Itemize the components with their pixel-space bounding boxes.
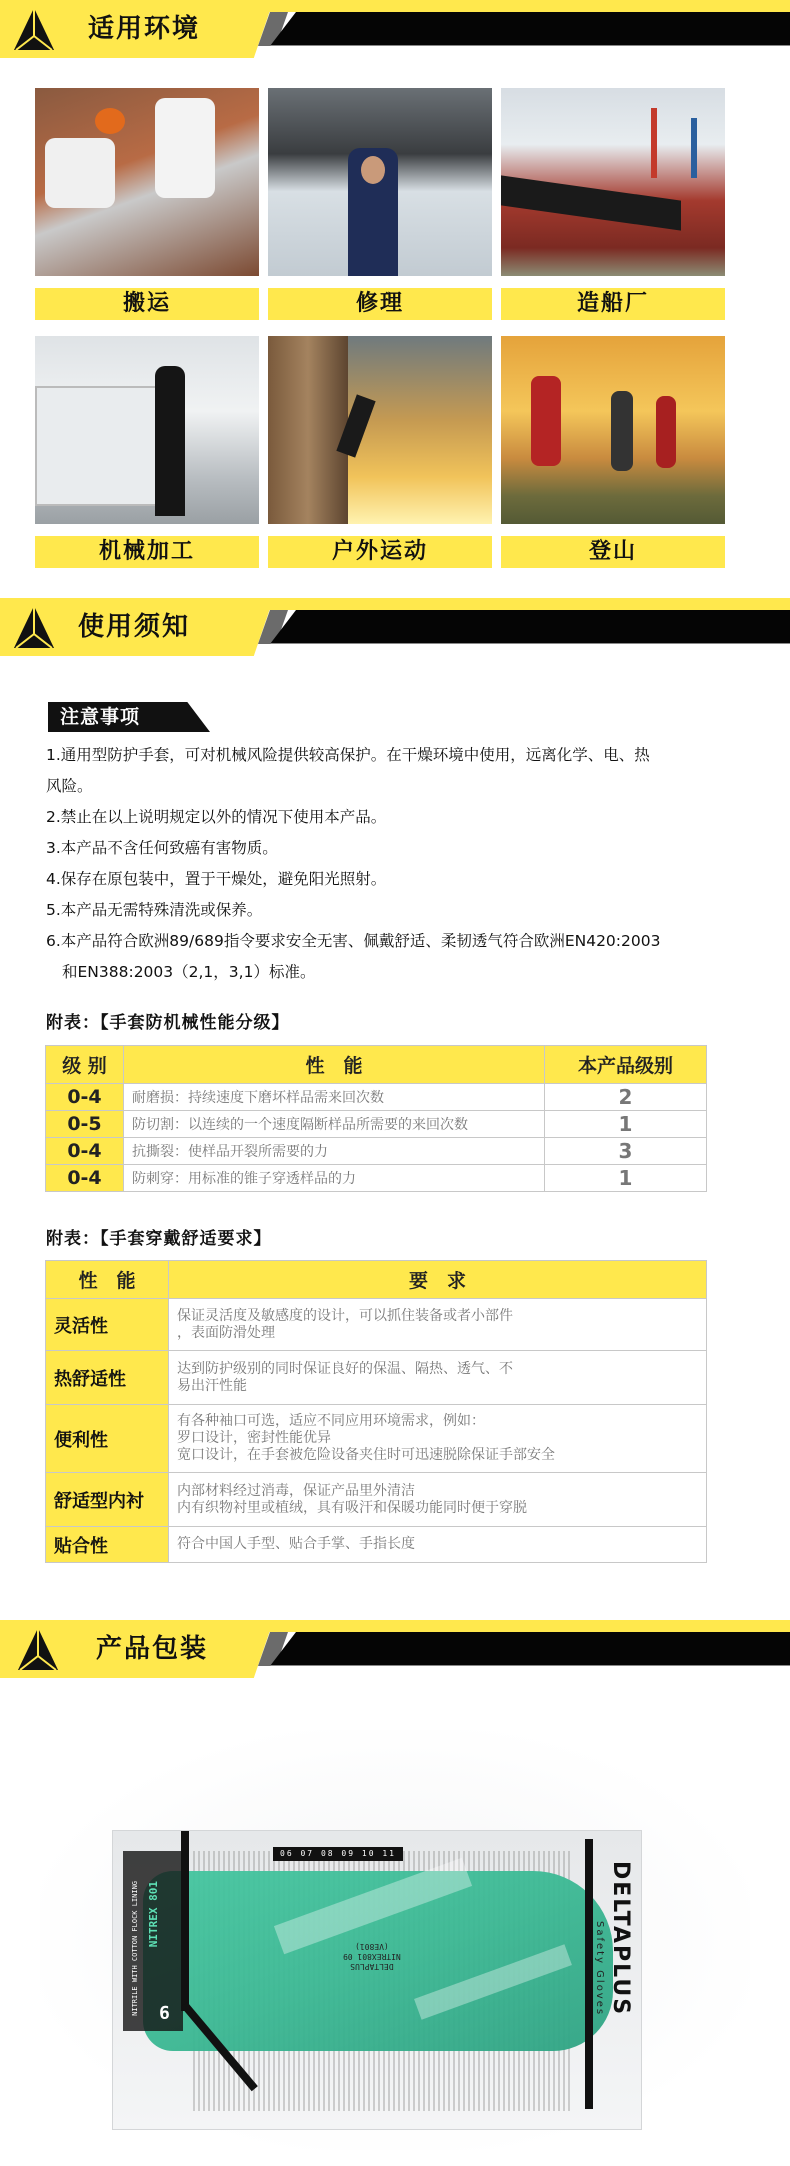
section-header-instructions: 使用须知 bbox=[0, 598, 790, 656]
environment-card-machining: 机械加工 bbox=[35, 336, 259, 568]
photo-rock-climber-sunset bbox=[268, 336, 492, 524]
brand-tagline: Safety Gloves bbox=[594, 1921, 605, 2016]
column-header: 本产品级别 bbox=[545, 1046, 707, 1084]
range-cell: 0-4 bbox=[46, 1138, 124, 1165]
notice-item: 4.保存在原包装中，置于干燥处，避免阳光照射。 bbox=[46, 864, 746, 895]
environment-label: 修理 bbox=[268, 288, 492, 320]
environment-label: 造船厂 bbox=[501, 288, 725, 320]
property-cell: 热舒适性 bbox=[46, 1351, 169, 1405]
range-cell: 0-4 bbox=[46, 1165, 124, 1192]
requirement-cell: 有各种袖口可选，适应不同应用环境需求，例如： 罗口设计，密封性能优异 宽口设计，… bbox=[169, 1405, 707, 1473]
glove-print: DELTAPLUS NITREX801 09 (VE801) bbox=[343, 1941, 401, 1971]
environment-card-repair: 修理 bbox=[268, 88, 492, 320]
table-row: 灵活性 保证灵活度及敏感度的设计，可以抓住装备或者小部件 ，表面防滑处理 bbox=[46, 1299, 707, 1351]
delta-triangle-logo-icon bbox=[10, 6, 58, 54]
column-header: 要 求 bbox=[169, 1261, 707, 1299]
brand-logo-vertical: DELTAPLUS bbox=[607, 1861, 633, 2101]
photo-shipyard-vessel bbox=[501, 88, 725, 276]
level-cell: 3 bbox=[545, 1138, 707, 1165]
glove-package-bag: NITREX 801 NITRILE WITH COTTON FLOCK LIN… bbox=[112, 1830, 642, 2130]
table-row: 0-4 抗撕裂：使样品开裂所需要的力 3 bbox=[46, 1138, 707, 1165]
section-title: 适用环境 bbox=[88, 10, 200, 48]
mechanical-performance-table: 级 别 性 能 本产品级别 0-4 耐磨损：持续速度下磨坏样品需来回次数 2 0… bbox=[45, 1045, 707, 1192]
property-cell: 防切割：以连续的一个速度隔断样品所需要的来回次数 bbox=[124, 1111, 545, 1138]
section-title: 使用须知 bbox=[78, 608, 190, 646]
delta-triangle-logo-icon bbox=[14, 1626, 62, 1674]
product-package-photo: NITREX 801 NITRILE WITH COTTON FLOCK LIN… bbox=[40, 1730, 750, 2150]
table-title-comfort: 附表：【手套穿戴舒适要求】 bbox=[46, 1224, 272, 1249]
product-label-panel: NITREX 801 NITRILE WITH COTTON FLOCK LIN… bbox=[123, 1851, 183, 2031]
property-cell: 灵活性 bbox=[46, 1299, 169, 1351]
column-header: 性 能 bbox=[46, 1261, 169, 1299]
level-cell: 1 bbox=[545, 1111, 707, 1138]
notice-item: 和EN388:2003（2,1，3,1）标准。 bbox=[46, 957, 746, 988]
comfort-requirements-table: 性 能 要 求 灵活性 保证灵活度及敏感度的设计，可以抓住装备或者小部件 ，表面… bbox=[45, 1260, 707, 1563]
table-row: 0-5 防切割：以连续的一个速度隔断样品所需要的来回次数 1 bbox=[46, 1111, 707, 1138]
environment-card-transport: 搬运 bbox=[35, 88, 259, 320]
environment-card-shipyard: 造船厂 bbox=[501, 88, 725, 320]
photo-workers-carrying-bricks bbox=[35, 88, 259, 276]
column-header: 级 别 bbox=[46, 1046, 124, 1084]
environment-label: 登山 bbox=[501, 536, 725, 568]
table-row: 贴合性 符合中国人手型、贴合手掌、手指长度 bbox=[46, 1527, 707, 1563]
notice-item: 3.本产品不含任何致癌有害物质。 bbox=[46, 833, 746, 864]
requirement-cell: 保证灵活度及敏感度的设计，可以抓住装备或者小部件 ，表面防滑处理 bbox=[169, 1299, 707, 1351]
environment-label: 户外运动 bbox=[268, 536, 492, 568]
photo-cnc-machine-operator bbox=[35, 336, 259, 524]
environment-label: 搬运 bbox=[35, 288, 259, 320]
notice-item: 2.禁止在以上说明规定以外的情况下使用本产品。 bbox=[46, 802, 746, 833]
delta-triangle-logo-icon bbox=[10, 604, 58, 652]
level-cell: 2 bbox=[545, 1084, 707, 1111]
notice-item: 5.本产品无需特殊清洗或保养。 bbox=[46, 895, 746, 926]
level-cell: 1 bbox=[545, 1165, 707, 1192]
property-cell: 防刺穿：用标准的锥子穿透样品的力 bbox=[124, 1165, 545, 1192]
notice-tag: 注意事项 bbox=[48, 702, 210, 732]
property-cell: 舒适型内衬 bbox=[46, 1473, 169, 1527]
environment-label: 机械加工 bbox=[35, 536, 259, 568]
property-cell: 便利性 bbox=[46, 1405, 169, 1473]
notice-list: 1.通用型防护手套，可对机械风险提供较高保护。在干燥环境中使用，远离化学、电、热… bbox=[46, 740, 746, 988]
property-cell: 抗撕裂：使样品开裂所需要的力 bbox=[124, 1138, 545, 1165]
table-title-mechanical: 附表：【手套防机械性能分级】 bbox=[46, 1008, 290, 1033]
notice-item: 1.通用型防护手套，可对机械风险提供较高保护。在干燥环境中使用，远离化学、电、热 bbox=[46, 740, 746, 771]
section-header-packaging: 产品包装 bbox=[0, 1620, 790, 1678]
notice-item: 风险。 bbox=[46, 771, 746, 802]
photo-mechanic-under-car bbox=[268, 88, 492, 276]
property-cell: 耐磨损：持续速度下磨坏样品需来回次数 bbox=[124, 1084, 545, 1111]
range-cell: 0-5 bbox=[46, 1111, 124, 1138]
table-row: 0-4 防刺穿：用标准的锥子穿透样品的力 1 bbox=[46, 1165, 707, 1192]
section-title: 产品包装 bbox=[96, 1630, 208, 1668]
requirement-cell: 符合中国人手型、贴合手掌、手指长度 bbox=[169, 1527, 707, 1563]
property-cell: 贴合性 bbox=[46, 1527, 169, 1563]
table-row: 便利性 有各种袖口可选，适应不同应用环境需求，例如： 罗口设计，密封性能优异 宽… bbox=[46, 1405, 707, 1473]
environment-card-outdoor: 户外运动 bbox=[268, 336, 492, 568]
environment-card-hiking: 登山 bbox=[501, 336, 725, 568]
range-cell: 0-4 bbox=[46, 1084, 124, 1111]
table-row: 热舒适性 达到防护级别的同时保证良好的保温、隔热、透气、不 易出汗性能 bbox=[46, 1351, 707, 1405]
requirement-cell: 达到防护级别的同时保证良好的保温、隔热、透气、不 易出汗性能 bbox=[169, 1351, 707, 1405]
table-row: 舒适型内衬 内部材料经过消毒，保证产品里外清洁 内有织物衬里或植绒，具有吸汗和保… bbox=[46, 1473, 707, 1527]
size-scale-strip: 06 07 08 09 10 11 bbox=[273, 1847, 403, 1861]
photo-hikers-on-mountain bbox=[501, 336, 725, 524]
table-header-row: 性 能 要 求 bbox=[46, 1261, 707, 1299]
section-header-environments: 适用环境 bbox=[0, 0, 790, 58]
table-header-row: 级 别 性 能 本产品级别 bbox=[46, 1046, 707, 1084]
notice-item: 6.本产品符合欧洲89/689指令要求安全无害、佩戴舒适、柔韧透气符合欧洲EN4… bbox=[46, 926, 746, 957]
table-row: 0-4 耐磨损：持续速度下磨坏样品需来回次数 2 bbox=[46, 1084, 707, 1111]
column-header: 性 能 bbox=[124, 1046, 545, 1084]
requirement-cell: 内部材料经过消毒，保证产品里外清洁 内有织物衬里或植绒，具有吸汗和保暖功能同时便… bbox=[169, 1473, 707, 1527]
